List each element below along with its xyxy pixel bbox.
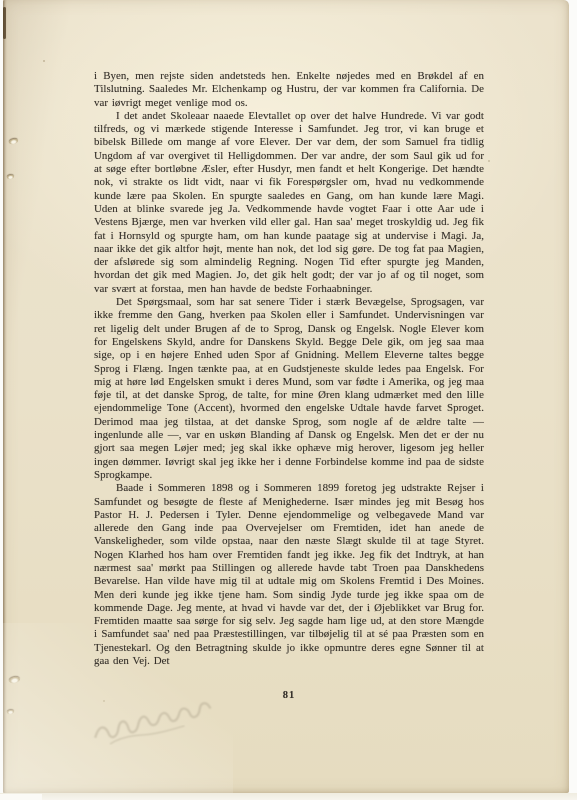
- binding-corner-mark: [3, 7, 6, 39]
- paragraph: i Byen, men rejste siden andetsteds hen.…: [94, 70, 484, 110]
- scanned-book-page: i Byen, men rejste siden andetsteds hen.…: [0, 0, 577, 800]
- foxing-specks: [43, 60, 45, 62]
- body-text: i Byen, men rejste siden andetsteds hen.…: [94, 70, 484, 668]
- scanner-background-bottom: [0, 793, 577, 800]
- scanner-background-right: [569, 0, 577, 800]
- page-number: 81: [94, 690, 484, 701]
- binding-hole: [8, 676, 20, 684]
- binding-hole: [7, 174, 15, 179]
- scanner-background-corner: [0, 794, 42, 800]
- paragraph: Baade i Sommeren 1898 og i Sommeren 1899…: [94, 482, 484, 668]
- paragraph: Det Spørgsmaal, som har sat senere Tider…: [94, 296, 484, 482]
- binding-hole: [7, 710, 14, 715]
- ghost-handwriting-show-through: [86, 692, 231, 757]
- binding-edge-shadow: [3, 0, 7, 793]
- paper-sheet: i Byen, men rejste siden andetsteds hen.…: [3, 0, 569, 793]
- paragraph: I det andet Skoleaar naaede Elevtallet o…: [94, 110, 484, 296]
- binding-hole: [9, 138, 19, 145]
